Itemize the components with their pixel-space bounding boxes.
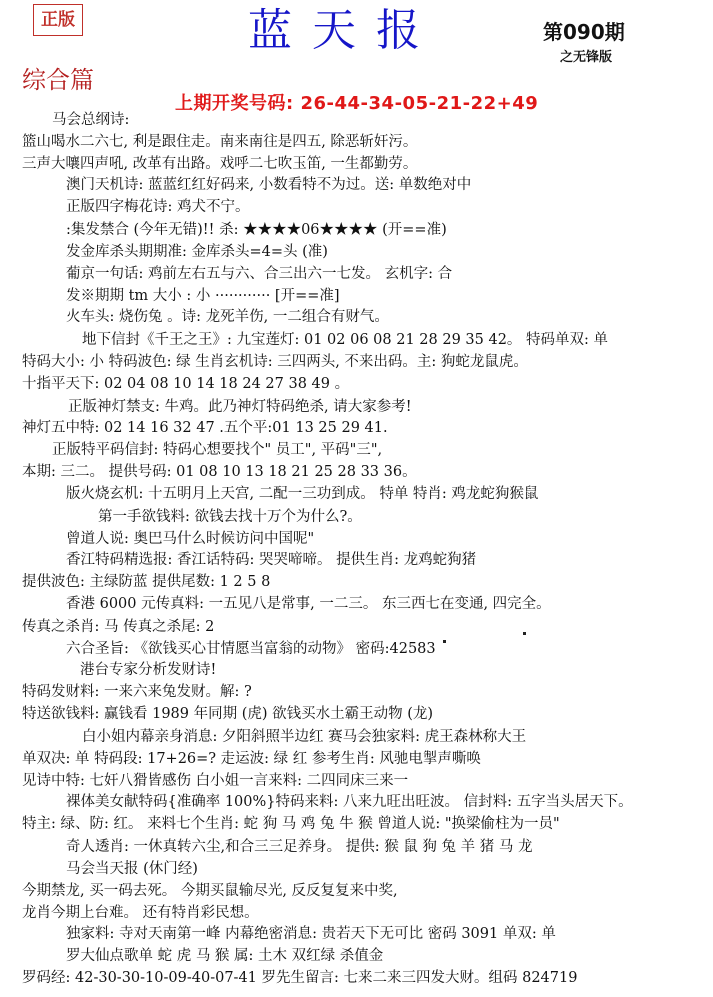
text-line: 传真之杀肖: 马 传真之杀尾: 2: [22, 617, 214, 637]
text-line: 澳门天机诗: 蓝蓝红红好码来, 小数看特不为过。送: 单数绝对中: [66, 175, 471, 195]
last-draw-label: 上期开奖号码:: [175, 93, 294, 114]
text-line: 见诗中特: 七奸八猾皆感伤 白小姐一言来料: 二四同床三来一: [22, 771, 408, 791]
text-line: 神灯五中特: 02 14 16 32 47 .五个平:01 13 25 29 4…: [22, 418, 388, 438]
text-line: 龙肖今期上台难。 还有特肖彩民想。: [22, 903, 259, 923]
text-line: 三声大嚷四声吼, 改革有出路。戏呼二七吹玉笛, 一生都勤劳。: [22, 154, 417, 174]
last-draw-results: 上期开奖号码: 26-44-34-05-21-22+49: [175, 89, 538, 115]
text-line: 特码大小: 小 特码波色: 绿 生肖玄机诗: 三四两头, 不来出码。主: 狗蛇龙…: [22, 352, 528, 372]
text-line: 今期禁龙, 买一码去死。 今期买鼠输尽光, 反反复复来中奖,: [22, 881, 398, 901]
text-line: 正版神灯禁支: 牛鸡。此乃神灯特码绝杀, 请大家参考!: [68, 397, 412, 417]
text-line: 十指平天下: 02 04 08 10 14 18 24 27 38 49 。: [22, 374, 349, 394]
text-line: 地下信封《千王之王》: 九宝莲灯: 01 02 06 08 21 28 29 3…: [82, 330, 608, 350]
text-line: 正版特平码信封: 特码心想要找个" 员工", 平码"三",: [52, 440, 382, 460]
stray-mark: [523, 632, 526, 635]
text-line: 奇人透肖: 一休真转六尘,和合三三足养身。 提供: 猴 鼠 狗 兔 羊 猪 马 …: [66, 837, 532, 857]
text-line: 版火烧玄机: 十五明月上天宫, 二配一三功到成。 特单 特肖: 鸡龙蛇狗猴鼠: [66, 484, 538, 504]
edition-label: 之无锋版: [560, 46, 612, 65]
text-line: 香江特码精选报: 香江话特码: 哭哭啼啼。 提供生肖: 龙鸡蛇狗猪: [66, 550, 476, 570]
text-line: 特送欲钱料: 赢钱看 1989 年同期 (虎) 欲钱买水土霸王动物 (龙): [22, 704, 433, 724]
text-line: 罗码经: 42-30-30-10-09-40-07-41 罗先生留言: 七来二来…: [22, 968, 577, 988]
text-line: 篮山喝水二六七, 利是跟住走。南来南往是四五, 除恶斩奸污。: [22, 132, 417, 152]
text-line: 正版四字梅花诗: 鸡犬不宁。: [66, 197, 250, 217]
text-line: 马会当天报 (休门经): [66, 859, 198, 879]
issue-number: 第090期: [543, 20, 625, 44]
text-line: 六合圣旨: 《欲钱买心甘情愿当富翁的动物》 密码:42583: [66, 639, 436, 659]
text-line: 裸体美女献特码{准确率 100%}特码来料: 八来九旺出旺波。 信封料: 五字当…: [66, 792, 633, 812]
text-line: :集发禁合 (今年无错)!! 杀: ★★★★06★★★★ (开==准): [66, 220, 447, 240]
text-line: 发金库杀头期期准: 金库杀头=4=头 (准): [66, 242, 328, 262]
text-line: 单双决: 单 特码段: 17+26=? 走运波: 绿 红 参考生肖: 风驰电掣声…: [22, 749, 481, 769]
text-line: 曾道人说: 奥巴马什么时候访问中国呢": [66, 529, 314, 549]
text-line: 发※期期 tm 大小 : 小 ············ [开==准]: [66, 286, 340, 306]
authentic-stamp: 正版: [33, 4, 83, 36]
text-line: 白小姐内幕亲身消息: 夕阳斜照半边红 赛马会独家料: 虎王森林称大王: [82, 727, 526, 747]
text-line: 罗大仙点歌单 蛇 虎 马 猴 属: 土木 双红绿 杀值金: [66, 946, 383, 966]
text-line: 提供波色: 主绿防蓝 提供尾数: 1 2 5 8: [22, 572, 270, 592]
newspaper-title: 蓝天报: [248, 6, 458, 56]
text-line: 马会总纲诗:: [52, 110, 129, 130]
text-line: 特主: 绿、防: 红。 来料七个生肖: 蛇 狗 马 鸡 兔 牛 猴 曾道人说: …: [22, 814, 560, 834]
stray-mark: [443, 640, 446, 643]
text-line: 港台专家分析发财诗!: [80, 660, 216, 680]
section-title: 综合篇: [22, 60, 94, 95]
text-line: 葡京一句话: 鸡前左右五与六、合三出六一七发。 玄机字: 合: [66, 264, 452, 284]
text-line: 本期: 三二。 提供号码: 01 08 10 13 18 21 25 28 33…: [22, 462, 417, 482]
text-line: 火车头: 烧伤兔 。诗: 龙死羊伤, 一二组合有财气。: [66, 307, 389, 327]
text-line: 第一手欲钱料: 欲钱去找十万个为什么?。: [98, 507, 362, 527]
text-line: 香港 6000 元传真料: 一五见八是常事, 一二三。 东三西七在变通, 四完全…: [66, 594, 551, 614]
text-line: 独家料: 寺对天南第一峰 内幕绝密消息: 贵若天下无可比 密码 3091 单双:…: [66, 924, 556, 944]
last-draw-numbers: 26-44-34-05-21-22+49: [300, 93, 538, 114]
text-line: 特码发财料: 一来六来兔发财。解: ?: [22, 682, 252, 702]
